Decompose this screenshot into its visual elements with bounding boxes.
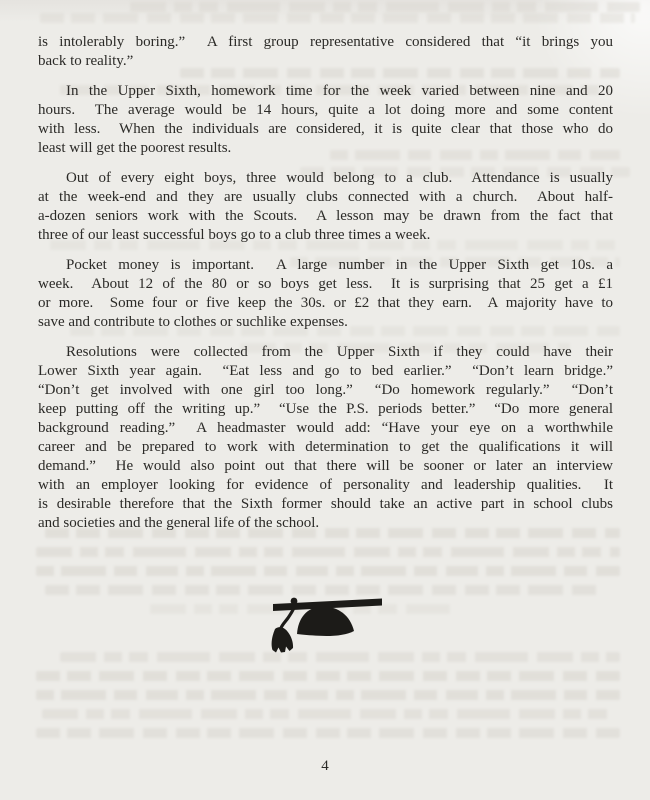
text-line: career and be prepared to work with dete… xyxy=(38,438,613,457)
text-line: is desirable therefore that the Sixth fo… xyxy=(38,495,613,514)
paragraph: Out of every eight boys, three would bel… xyxy=(38,169,613,245)
bleedthrough-text-line xyxy=(36,547,620,557)
text-line: keep putting off the writing up.” “Use t… xyxy=(38,400,613,419)
text-line: Lower Sixth year again. “Eat less and go… xyxy=(38,362,613,381)
text-line: is intolerably boring.” A first group re… xyxy=(38,33,613,52)
bleedthrough-text-line xyxy=(36,671,620,681)
bleedthrough-text-line xyxy=(36,728,620,738)
bleedthrough-text-line xyxy=(36,566,620,576)
text-line: save and contribute to clothes or suchli… xyxy=(38,313,613,332)
text-line: with less. When the individuals are cons… xyxy=(38,120,613,139)
paragraph: Pocket money is important. A large numbe… xyxy=(38,256,613,332)
text-line: Pocket money is important. A large numbe… xyxy=(38,256,613,275)
text-line: background reading.” A headmaster would … xyxy=(38,419,613,438)
paragraph: Resolutions were collected from the Uppe… xyxy=(38,343,613,533)
text-line: demand.” He would also point out that th… xyxy=(38,457,613,476)
text-line: and societies and the general life of th… xyxy=(38,514,613,533)
bleedthrough-text-line xyxy=(130,2,640,12)
text-line: a-dozen seniors work with the Scouts. A … xyxy=(38,207,613,226)
text-line: with an employer looking for evidence of… xyxy=(38,476,613,495)
text-line: back to reality.” xyxy=(38,52,613,71)
text-line: three of our least successful boys go to… xyxy=(38,226,613,245)
bleedthrough-text-line xyxy=(36,690,620,700)
text-line: least will get the poorest results. xyxy=(38,139,613,158)
paragraph: In the Upper Sixth, homework time for th… xyxy=(38,82,613,158)
body-text: is intolerably boring.” A first group re… xyxy=(38,33,613,533)
text-line: hours. The average would be 14 hours, qu… xyxy=(38,101,613,120)
scanned-page: is intolerably boring.” A first group re… xyxy=(0,0,650,800)
text-line: Out of every eight boys, three would bel… xyxy=(38,169,613,188)
text-line: or more. Some four or five keep the 30s.… xyxy=(38,294,613,313)
paragraph: is intolerably boring.” A first group re… xyxy=(38,33,613,71)
bleedthrough-text-line xyxy=(42,709,612,719)
page-number: 4 xyxy=(0,758,650,775)
text-line: Resolutions were collected from the Uppe… xyxy=(38,343,613,362)
bleedthrough-text-line xyxy=(40,13,635,23)
text-line: In the Upper Sixth, homework time for th… xyxy=(38,82,613,101)
text-line: at the week-end and they are usually clu… xyxy=(38,188,613,207)
text-line: week. About 12 of the 80 or so boys get … xyxy=(38,275,613,294)
graduation-cap-icon xyxy=(270,592,390,654)
text-line: “Don’t get involved with one girl too lo… xyxy=(38,381,613,400)
